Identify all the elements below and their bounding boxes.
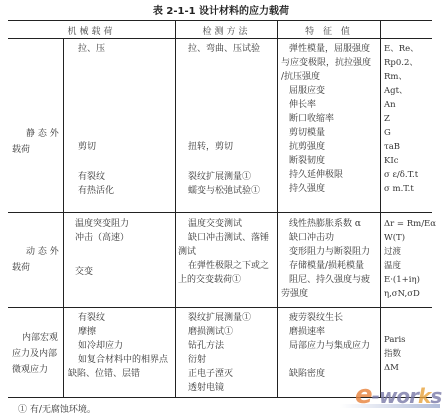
method-item: 衍射 xyxy=(188,353,251,367)
feature-item: 劳强度 xyxy=(281,287,370,301)
feature-item: 与应变极限，抗拉强度 xyxy=(281,56,371,70)
feature-item: 断裂韧度 xyxy=(281,154,371,168)
section-name-line: 内部宏观 xyxy=(12,330,58,346)
load-item: 摩擦 xyxy=(68,325,168,339)
header-load: 机械载荷 xyxy=(8,24,175,37)
dynamic-symbols: Δr = Rm/Eα W(T) 过渡 温度 E·(1+iη) η,σN,σD xyxy=(384,217,436,301)
section-name-line: 微观应力 xyxy=(12,362,58,378)
feature-item: 抗剪强度 xyxy=(281,140,371,154)
symbol-item: Rp0.2、 xyxy=(384,56,419,70)
method-item: 扭转，剪切 xyxy=(188,140,260,170)
symbol-item: ΔM xyxy=(384,361,406,375)
feature-item: 缺口冲击功 xyxy=(281,231,370,245)
symbol-item: KIc xyxy=(384,154,419,168)
static-loads: 拉、压 剪切 有裂纹 有热活化 xyxy=(78,42,114,198)
spacer xyxy=(188,56,260,140)
header-feature: 特 征 值 xyxy=(278,24,380,37)
method-item: 正电子湮灭 xyxy=(188,367,251,381)
col-divider-2 xyxy=(175,20,176,398)
method-item: 上的交变载荷① xyxy=(178,273,269,287)
section-name-internal: 内部宏观 应力及内部 微观应力 xyxy=(12,330,58,378)
spacer xyxy=(78,56,114,140)
internal-methods: 裂纹扩展测量① 磨损测试① 钻孔方法 衍射 正电子湮灭 透射电镜 xyxy=(188,311,251,395)
feature-item: 弹性模量，屈服强度 xyxy=(281,42,371,56)
method-item: 裂纹扩展测量① xyxy=(188,311,251,325)
spacer xyxy=(289,353,370,367)
method-item: 裂纹扩展测量① xyxy=(188,170,260,184)
watermark-text: -wor xyxy=(372,384,418,408)
load-item: 如冷却应力 xyxy=(68,339,168,353)
dynamic-loads: 温度突变阻力 冲击（高速） 交变 xyxy=(75,217,129,279)
load-item: 冲击（高速） xyxy=(75,231,129,245)
load-item: 有热活化 xyxy=(78,184,114,198)
spacer xyxy=(75,245,129,265)
method-item: 在弹性极限之下或之 xyxy=(178,259,269,273)
feature-item: /抗压强度 xyxy=(281,70,371,84)
load-item: 缺陷、位错、层错 xyxy=(68,367,168,381)
watermark-s: s xyxy=(430,384,441,408)
header-rule xyxy=(8,38,432,39)
method-item: 透射电镜 xyxy=(188,381,251,395)
feature-item: 剪切模量 xyxy=(281,126,371,140)
symbol-item: Paris xyxy=(384,333,406,347)
load-item: 温度突变阻力 xyxy=(75,217,129,231)
feature-item: 伸长率 xyxy=(281,98,371,112)
section-name-line: 应力及内部 xyxy=(12,346,58,362)
feature-item: 存储模量/损耗模量 xyxy=(281,259,370,273)
method-item: 蠕变与松弛试验① xyxy=(188,184,260,198)
symbol-item: W(T) xyxy=(384,231,436,245)
eworks-watermark-logo: e-works xyxy=(355,380,441,410)
load-item: 有裂纹 xyxy=(68,311,168,325)
symbol-item: Rm、 xyxy=(384,70,419,84)
feature-item: 缺陷密度 xyxy=(289,367,370,381)
method-item: 温度交变测试 xyxy=(178,217,269,231)
feature-item: 线性热膨胀系数 α xyxy=(281,217,370,231)
method-item: 钻孔方法 xyxy=(188,339,251,353)
symbol-item: Z xyxy=(384,112,419,126)
symbol-item: η,σN,σD xyxy=(384,287,436,301)
col-divider-3 xyxy=(277,20,278,398)
section-rule-dynamic-internal xyxy=(8,307,432,308)
symbol-item: E、Re、 xyxy=(384,42,419,56)
table-title: 表 2-1-1 设计材料的应力载荷 xyxy=(0,2,442,17)
static-methods: 拉、弯曲、压试验 扭转，剪切 裂纹扩展测量① 蠕变与松弛试验① xyxy=(188,42,260,198)
section-name-static: 静 态 外 载荷 xyxy=(12,126,59,158)
symbol-item: G xyxy=(384,126,419,140)
method-item: 磨损测试① xyxy=(188,325,251,339)
symbol-item: Agt、 xyxy=(384,84,419,98)
dynamic-methods: 温度交变测试 缺口冲击测试、落锤 测试 在弹性极限之下或之 上的交变载荷① xyxy=(178,217,269,287)
feature-item: 断口收缩率 xyxy=(281,112,371,126)
watermark-e: e xyxy=(355,380,372,410)
section-name-dynamic: 动 态 外 载荷 xyxy=(12,244,59,276)
load-item: 交变 xyxy=(75,265,129,279)
feature-item: 持久延伸极限 xyxy=(281,168,371,182)
symbol-item: τaB xyxy=(384,140,419,154)
symbol-item: σ ε/δ.T.t xyxy=(384,168,419,182)
symbol-item: 过渡 xyxy=(384,245,436,259)
section-name-line: 载荷 xyxy=(12,260,59,276)
internal-features: 疲劳裂纹生长 磨损速率 局部应力与集成应力 缺陷密度 xyxy=(289,311,370,381)
load-item: 如复合材料中的相界点 xyxy=(68,353,168,367)
header-method: 检测方法 xyxy=(176,24,277,37)
method-item: 测试 xyxy=(178,245,269,259)
section-name-line: 动 态 外 xyxy=(12,244,59,260)
section-rule-static-dynamic xyxy=(8,212,432,213)
load-item: 有裂纹 xyxy=(78,170,114,184)
section-name-line: 载荷 xyxy=(12,142,59,158)
feature-item: 疲劳裂纹生长 xyxy=(289,311,370,325)
col-divider-4 xyxy=(380,20,381,398)
section-name-line: 静 态 外 xyxy=(12,126,59,142)
feature-item: 局部应力与集成应力 xyxy=(289,339,370,353)
internal-loads: 有裂纹 摩擦 如冷却应力 如复合材料中的相界点 缺陷、位错、层错 xyxy=(68,311,168,381)
static-symbols: E、Re、 Rp0.2、 Rm、 Agt、 An Z G τaB KIc σ ε… xyxy=(384,42,419,196)
header-symbol xyxy=(381,24,432,37)
method-item: 缺口冲击测试、落锤 xyxy=(178,231,269,245)
feature-item: 持久强度 xyxy=(281,182,371,196)
feature-item: 磨损速率 xyxy=(289,325,370,339)
footnote: ① 有/无腐蚀环境。 xyxy=(18,402,96,415)
col-divider-1 xyxy=(63,38,64,398)
feature-item: 屈服应变 xyxy=(281,84,371,98)
load-item: 拉、压 xyxy=(78,42,114,56)
watermark-k: k xyxy=(418,384,430,408)
symbol-item: σ m.T.t xyxy=(384,182,419,196)
symbol-item: E·(1+iη) xyxy=(384,273,436,287)
symbol-item: Δr = Rm/Eα xyxy=(384,217,436,231)
top-rule xyxy=(8,20,432,21)
symbol-item: 温度 xyxy=(384,259,436,273)
method-item: 拉、弯曲、压试验 xyxy=(188,42,260,56)
symbol-item: 指数 xyxy=(384,347,406,361)
internal-symbols: Paris 指数 ΔM xyxy=(384,333,406,375)
feature-item: 变形阻力与断裂阻力 xyxy=(281,245,370,259)
dynamic-features: 线性热膨胀系数 α 缺口冲击功 变形阻力与断裂阻力 存储模量/损耗模量 阻尼、持… xyxy=(281,217,370,301)
load-item: 剪切 xyxy=(78,140,114,170)
static-features: 弹性模量，屈服强度 与应变极限，抗拉强度 /抗压强度 屈服应变 伸长率 断口收缩… xyxy=(281,42,371,196)
feature-item: 阻尼、持久强度与疲 xyxy=(281,273,370,287)
symbol-item: An xyxy=(384,98,419,112)
